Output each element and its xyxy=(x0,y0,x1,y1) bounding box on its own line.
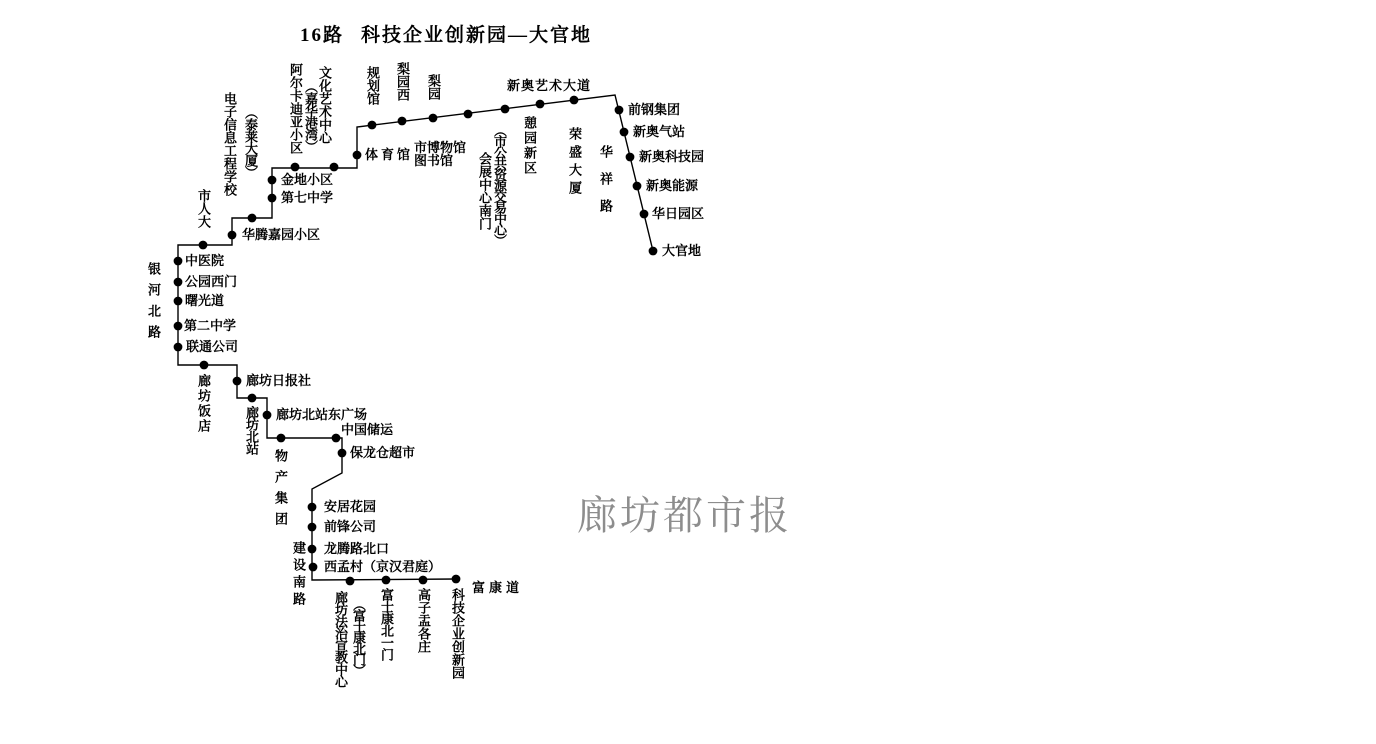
station-dot xyxy=(633,182,642,191)
station-dot xyxy=(382,576,391,585)
station-label: 保龙仓超市 xyxy=(350,446,415,459)
station-dot xyxy=(174,297,183,306)
station-dot xyxy=(268,176,277,185)
station-label: 第七中学 xyxy=(281,191,333,204)
station-dot xyxy=(174,278,183,287)
station-label: 市人大 xyxy=(196,189,210,228)
station-dot xyxy=(649,247,658,256)
station-dot xyxy=(308,523,317,532)
station-label: 大官地 xyxy=(662,244,701,257)
station-label: 科技企业创新园 xyxy=(450,588,464,679)
station-dot xyxy=(308,545,317,554)
route-number: 16路 xyxy=(300,20,344,47)
station-dot xyxy=(248,394,257,403)
station-label: 体育馆 xyxy=(365,148,413,161)
station-dot xyxy=(536,100,545,109)
station-dot xyxy=(419,576,428,585)
road-label: 华祥路 xyxy=(598,145,612,226)
station-label: 文化艺术中心 xyxy=(317,66,331,144)
road-label: 建设南路 xyxy=(291,541,305,609)
station-label: 前钢集团 xyxy=(628,103,680,116)
station-dot xyxy=(332,434,341,443)
station-label: 华腾嘉园小区 xyxy=(242,228,320,241)
station-label: 廊坊北站 xyxy=(244,406,258,454)
station-label: 会展中心南门 xyxy=(477,152,491,230)
station-dot xyxy=(398,117,407,126)
station-dot xyxy=(338,449,347,458)
road-label: 银河北路 xyxy=(146,262,160,346)
station-dot xyxy=(248,214,257,223)
station-dot xyxy=(308,503,317,512)
station-dot xyxy=(277,434,286,443)
road-label: 新奥艺术大道 xyxy=(507,79,591,92)
watermark: 廊坊都市报 xyxy=(577,484,792,541)
station-dot xyxy=(330,163,339,172)
station-label: （富士康北门） xyxy=(351,598,365,675)
page-title: 16路 科技企业创新园—大官地 xyxy=(300,20,592,47)
station-dot xyxy=(228,231,237,240)
station-dot xyxy=(353,151,362,160)
station-dot xyxy=(620,128,629,137)
station-label: 中国储运 xyxy=(341,423,393,436)
station-dot xyxy=(452,575,461,584)
station-dot xyxy=(429,114,438,123)
station-label: 梨园西 xyxy=(395,62,409,101)
station-label: 规划馆 xyxy=(365,66,379,105)
station-dot xyxy=(368,121,377,130)
station-label: 荣盛大厦 xyxy=(567,127,581,199)
station-dot xyxy=(263,411,272,420)
station-label: 中医院 xyxy=(185,254,224,267)
station-label: 廊坊日报社 xyxy=(246,374,311,387)
station-dot xyxy=(233,377,242,386)
route-name: 科技企业创新园—大官地 xyxy=(361,20,592,47)
station-label: （泰莱大厦） xyxy=(243,106,257,178)
station-label: 联通公司 xyxy=(186,340,238,353)
station-label: 廊坊饭店 xyxy=(196,374,210,434)
station-label: 华日园区 xyxy=(652,207,704,220)
station-label: 富士康北一门 xyxy=(379,588,393,660)
station-dot xyxy=(291,163,300,172)
station-dot xyxy=(570,96,579,105)
station-label: 憩园新区 xyxy=(522,116,536,176)
station-dot xyxy=(174,257,183,266)
station-dot xyxy=(268,194,277,203)
station-label: 廊坊北站东广场 xyxy=(276,408,367,421)
bus-route-map: 16路 科技企业创新园—大官地 廊坊都市报 科技企业创新园高子盂各庄富士康北一门… xyxy=(0,0,1376,744)
station-label: 廊坊法治宣教中心 xyxy=(333,591,347,687)
station-dot xyxy=(501,105,510,114)
station-dot xyxy=(200,361,209,370)
station-label: （市公共资源交易中心） xyxy=(492,124,506,245)
station-label: 物产集团 xyxy=(273,449,287,533)
station-label: 金地小区 xyxy=(281,173,333,186)
station-dot xyxy=(640,210,649,219)
station-label: 新奥科技园 xyxy=(639,150,704,163)
station-dot xyxy=(615,106,624,115)
station-dot xyxy=(174,343,183,352)
station-label: 梨园 xyxy=(426,74,440,100)
station-dot xyxy=(346,577,355,586)
station-label: 前锋公司 xyxy=(324,520,376,533)
station-label: 阿尔卡迪亚小区 xyxy=(288,63,302,154)
road-label: 富康道 xyxy=(472,581,523,594)
station-dot xyxy=(464,110,473,119)
station-label: 新奥能源 xyxy=(646,179,698,192)
station-label: 安居花园 xyxy=(324,500,376,513)
station-dot xyxy=(174,322,183,331)
station-label: 电子信息工程学校 xyxy=(222,92,236,196)
station-label: 龙腾路北口 xyxy=(324,542,389,555)
station-label: 市博物馆图书馆 xyxy=(414,142,466,167)
station-dot xyxy=(309,563,318,572)
station-dot xyxy=(199,241,208,250)
station-dot xyxy=(626,153,635,162)
route-line-layer xyxy=(0,0,1376,744)
station-label: 西孟村（京汉君庭） xyxy=(324,560,441,573)
station-label: 曙光道 xyxy=(185,294,224,307)
station-label: 新奥气站 xyxy=(633,125,685,138)
station-label: 第二中学 xyxy=(184,319,236,332)
station-label: （嘉华港湾） xyxy=(303,80,317,152)
station-label: 公园西门 xyxy=(185,275,237,288)
station-label: 高子盂各庄 xyxy=(416,588,430,653)
